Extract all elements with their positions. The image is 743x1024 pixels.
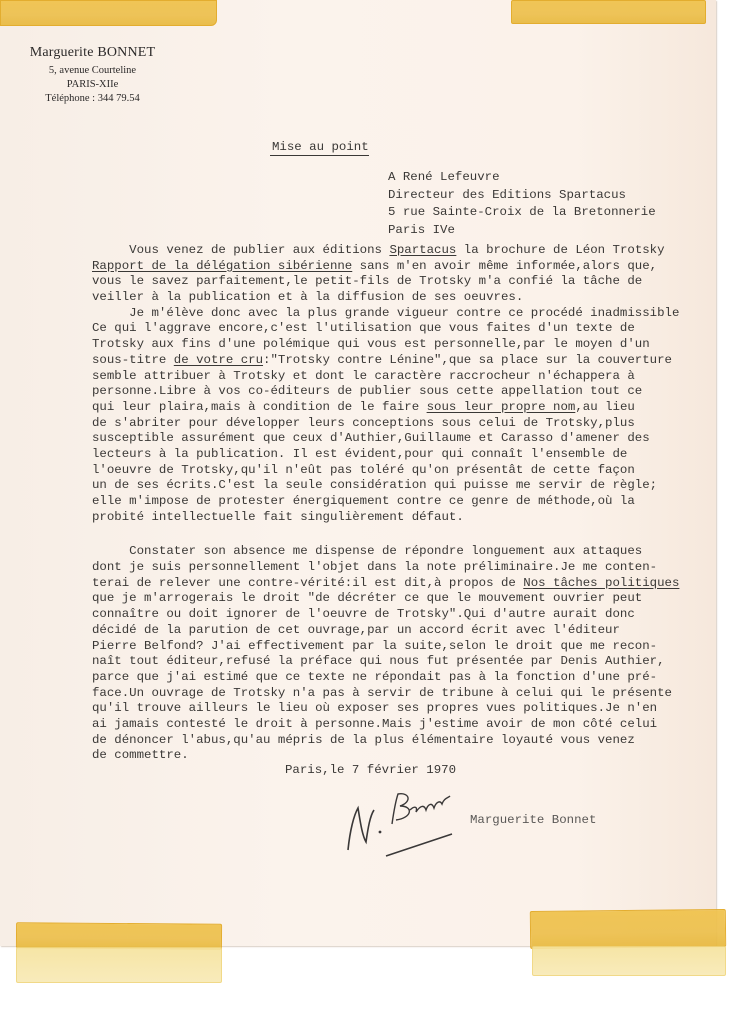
text-line: Rapport de la délégation sibérienne sans… <box>92 259 722 275</box>
text-line: de s'abriter pour développer leurs conce… <box>92 416 722 432</box>
handwritten-signature <box>340 780 490 860</box>
recipient-line: Directeur des Editions Spartacus <box>388 187 656 205</box>
text-line: elle m'impose de protester énergiquement… <box>92 494 722 510</box>
text-line: un de ses écrits.C'est la seule considér… <box>92 478 722 494</box>
text-line: Je m'élève donc avec la plus grande vigu… <box>92 306 722 322</box>
paragraph-2: Je m'élève donc avec la plus grande vigu… <box>92 306 722 526</box>
text-line: Ce qui l'aggrave encore,c'est l'utilisat… <box>92 321 722 337</box>
text-line: Constater son absence me dispense de rép… <box>92 544 722 560</box>
text-line: vous le savez parfaitement,le petit-fils… <box>92 274 722 290</box>
text-line: Trotsky aux fins d'une polémique qui vou… <box>92 337 722 353</box>
text-line: terai de relever une contre-vérité:il es… <box>92 576 722 592</box>
underlined-title: Nos tâches politiques <box>523 576 679 590</box>
text-line: lecteurs à la publication. Il est éviden… <box>92 447 722 463</box>
letter-title: Mise au point <box>270 140 369 156</box>
underlined-title: Spartacus <box>389 243 456 257</box>
underlined-title: de votre cru <box>174 353 263 367</box>
tape-bottom-right-overhang <box>532 946 726 976</box>
text-line: sous-titre de votre cru:"Trotsky contre … <box>92 353 722 369</box>
letterhead-address: 5, avenue Courteline <box>20 64 165 78</box>
letterhead: Marguerite BONNET 5, avenue Courteline P… <box>20 45 165 106</box>
tape-top-right <box>511 0 706 24</box>
letterhead-city: PARIS-XIIe <box>20 78 165 92</box>
text-line: de dénoncer l'abus,qu'au mépris de la pl… <box>92 733 722 749</box>
text-line: l'oeuvre de Trotsky,qu'il n'eût pas tolé… <box>92 463 722 479</box>
tape-top-left <box>0 0 217 26</box>
text-line: parce que j'ai estimé que ce texte ne ré… <box>92 670 722 686</box>
text-line: ai jamais contesté le droit à personne.M… <box>92 717 722 733</box>
text-line: personne.Libre à vos co-éditeurs de publ… <box>92 384 722 400</box>
text-line: semble attribuer à Trotsky et dont le ca… <box>92 369 722 385</box>
text-line: Pierre Belfond? J'ai effectivement par l… <box>92 639 722 655</box>
text-line: qu'il trouve ailleurs le lieu où exposer… <box>92 701 722 717</box>
text-line: naît tout éditeur,refusé la préface qui … <box>92 654 722 670</box>
text-line: Vous venez de publier aux éditions Spart… <box>92 243 722 259</box>
typed-signature-name: Marguerite Bonnet <box>470 813 596 827</box>
letterhead-phone: Téléphone : 344 79.54 <box>20 92 165 106</box>
underlined-title: Rapport de la délégation sibérienne <box>92 259 352 273</box>
text-line: probité intellectuelle fait singulièreme… <box>92 510 722 526</box>
text-line: susceptible assurément que ceux d'Authie… <box>92 431 722 447</box>
paragraph-1: Vous venez de publier aux éditions Spart… <box>92 243 722 306</box>
recipient-line: A René Lefeuvre <box>388 169 656 187</box>
place-date: Paris,le 7 février 1970 <box>285 763 456 777</box>
text-line: connaître ou doit ignorer de l'oeuvre de… <box>92 607 722 623</box>
tape-bottom-left-overhang <box>16 947 222 983</box>
text-line: dont je suis personnellement l'objet dan… <box>92 560 722 576</box>
text-line: veiller à la publication et à la diffusi… <box>92 290 722 306</box>
recipient-line: 5 rue Sainte-Croix de la Bretonnerie <box>388 204 656 222</box>
tape-bottom-right <box>530 909 726 949</box>
text-line: qui leur plaira,mais à condition de le f… <box>92 400 722 416</box>
paragraph-3: Constater son absence me dispense de rép… <box>92 544 722 764</box>
text-line: que je m'arrogerais le droit "de décréte… <box>92 591 722 607</box>
letter-body: Vous venez de publier aux éditions Spart… <box>92 243 722 764</box>
recipient-address: A René Lefeuvre Directeur des Editions S… <box>388 169 656 239</box>
text-line: face.Un ouvrage de Trotsky n'a pas à ser… <box>92 686 722 702</box>
text-line: de commettre. <box>92 748 722 764</box>
underlined-title: sous leur propre nom <box>427 400 576 414</box>
letterhead-name: Marguerite BONNET <box>20 45 165 61</box>
text-line: décidé de la parution de cet ouvrage,par… <box>92 623 722 639</box>
recipient-line: Paris IVe <box>388 222 656 240</box>
tape-bottom-left <box>16 922 222 949</box>
